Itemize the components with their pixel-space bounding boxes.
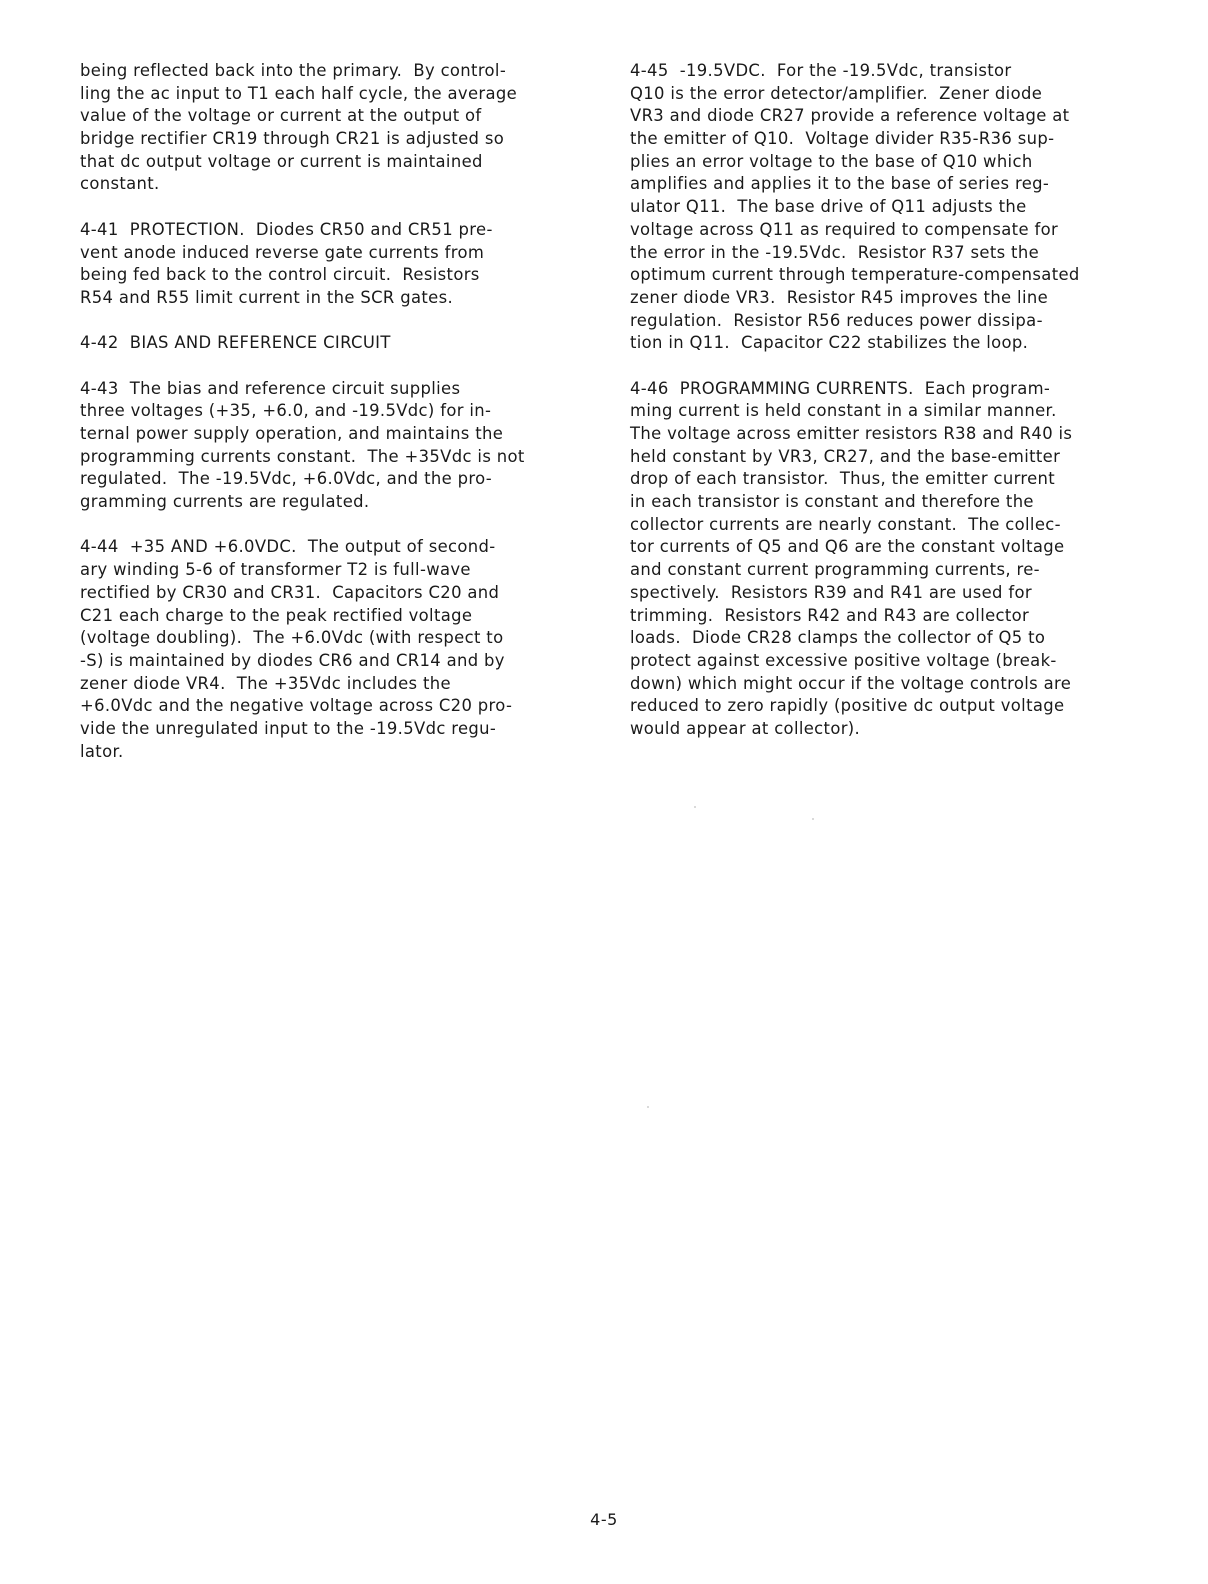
text-line: optimum current through temperature-comp…	[630, 264, 1150, 287]
text-line: being fed back to the control circuit. R…	[80, 264, 600, 287]
paragraph-4-40-continued: being reflected back into the primary. B…	[80, 60, 600, 196]
text-line: tion in Q11. Capacitor C22 stabilizes th…	[630, 332, 1150, 355]
text-line: 4-41 PROTECTION. Diodes CR50 and CR51 pr…	[80, 219, 600, 242]
text-line: 4-45 -19.5VDC. For the -19.5Vdc, transis…	[630, 60, 1150, 83]
text-line: trimming. Resistors R42 and R43 are coll…	[630, 605, 1150, 628]
text-line: regulation. Resistor R56 reduces power d…	[630, 310, 1150, 333]
text-line: the error in the -19.5Vdc. Resistor R37 …	[630, 242, 1150, 265]
paragraph-4-46-programming-currents: 4-46 PROGRAMMING CURRENTS. Each program-…	[630, 378, 1150, 741]
text-line: zener diode VR4. The +35Vdc includes the	[80, 673, 600, 696]
text-line: the emitter of Q10. Voltage divider R35-…	[630, 128, 1150, 151]
text-line: zener diode VR3. Resistor R45 improves t…	[630, 287, 1150, 310]
text-line: (voltage doubling). The +6.0Vdc (with re…	[80, 627, 600, 650]
text-line: amplifies and applies it to the base of …	[630, 173, 1150, 196]
text-line: -S) is maintained by diodes CR6 and CR14…	[80, 650, 600, 673]
text-line: down) which might occur if the voltage c…	[630, 673, 1150, 696]
text-line: reduced to zero rapidly (positive dc out…	[630, 695, 1150, 718]
text-line: rectified by CR30 and CR31. Capacitors C…	[80, 582, 600, 605]
paragraph-4-43: 4-43 The bias and reference circuit supp…	[80, 378, 600, 514]
paragraph-4-45: 4-45 -19.5VDC. For the -19.5Vdc, transis…	[630, 60, 1150, 355]
text-line: gramming currents are regulated.	[80, 491, 600, 514]
text-line: ling the ac input to T1 each half cycle,…	[80, 83, 600, 106]
text-line: 4-46 PROGRAMMING CURRENTS. Each program-	[630, 378, 1150, 401]
text-line: collector currents are nearly constant. …	[630, 514, 1150, 537]
text-line: +6.0Vdc and the negative voltage across …	[80, 695, 600, 718]
text-line: held constant by VR3, CR27, and the base…	[630, 446, 1150, 469]
text-line: would appear at collector).	[630, 718, 1150, 741]
scan-speck	[812, 818, 814, 820]
text-line: VR3 and diode CR27 provide a reference v…	[630, 105, 1150, 128]
text-line: protect against excessive positive volta…	[630, 650, 1150, 673]
text-line: vent anode induced reverse gate currents…	[80, 242, 600, 265]
paragraph-4-44: 4-44 +35 AND +6.0VDC. The output of seco…	[80, 536, 600, 763]
text-line: programming currents constant. The +35Vd…	[80, 446, 600, 469]
text-line: ary winding 5-6 of transformer T2 is ful…	[80, 559, 600, 582]
text-line: loads. Diode CR28 clamps the collector o…	[630, 627, 1150, 650]
text-line: and constant current programming current…	[630, 559, 1150, 582]
text-line: ternal power supply operation, and maint…	[80, 423, 600, 446]
text-line: 4-43 The bias and reference circuit supp…	[80, 378, 600, 401]
section-heading-4-42: 4-42 BIAS AND REFERENCE CIRCUIT	[80, 332, 600, 355]
text-line: in each transistor is constant and there…	[630, 491, 1150, 514]
right-column: 4-45 -19.5VDC. For the -19.5Vdc, transis…	[630, 60, 1150, 763]
document-page: being reflected back into the primary. B…	[0, 0, 1208, 1584]
scan-speck	[647, 1106, 649, 1108]
text-line: ulator Q11. The base drive of Q11 adjust…	[630, 196, 1150, 219]
text-line: tor currents of Q5 and Q6 are the consta…	[630, 536, 1150, 559]
text-line: drop of each transistor. Thus, the emitt…	[630, 468, 1150, 491]
text-line: The voltage across emitter resistors R38…	[630, 423, 1150, 446]
text-line: C21 each charge to the peak rectified vo…	[80, 605, 600, 628]
text-line: being reflected back into the primary. B…	[80, 60, 600, 83]
text-line: R54 and R55 limit current in the SCR gat…	[80, 287, 600, 310]
text-line: ming current is held constant in a simil…	[630, 400, 1150, 423]
text-line: three voltages (+35, +6.0, and -19.5Vdc)…	[80, 400, 600, 423]
text-line: regulated. The -19.5Vdc, +6.0Vdc, and th…	[80, 468, 600, 491]
text-line: 4-44 +35 AND +6.0VDC. The output of seco…	[80, 536, 600, 559]
text-line: plies an error voltage to the base of Q1…	[630, 151, 1150, 174]
text-line: spectively. Resistors R39 and R41 are us…	[630, 582, 1150, 605]
text-line: lator.	[80, 741, 600, 764]
left-column: being reflected back into the primary. B…	[80, 60, 600, 786]
heading-line: 4-42 BIAS AND REFERENCE CIRCUIT	[80, 332, 600, 355]
text-line: value of the voltage or current at the o…	[80, 105, 600, 128]
scan-speck	[694, 806, 696, 808]
text-line: that dc output voltage or current is mai…	[80, 151, 600, 174]
text-line: vide the unregulated input to the -19.5V…	[80, 718, 600, 741]
text-line: constant.	[80, 173, 600, 196]
paragraph-4-41-protection: 4-41 PROTECTION. Diodes CR50 and CR51 pr…	[80, 219, 600, 310]
text-line: bridge rectifier CR19 through CR21 is ad…	[80, 128, 600, 151]
text-line: voltage across Q11 as required to compen…	[630, 219, 1150, 242]
page-number: 4-5	[0, 1510, 1208, 1529]
text-line: Q10 is the error detector/amplifier. Zen…	[630, 83, 1150, 106]
